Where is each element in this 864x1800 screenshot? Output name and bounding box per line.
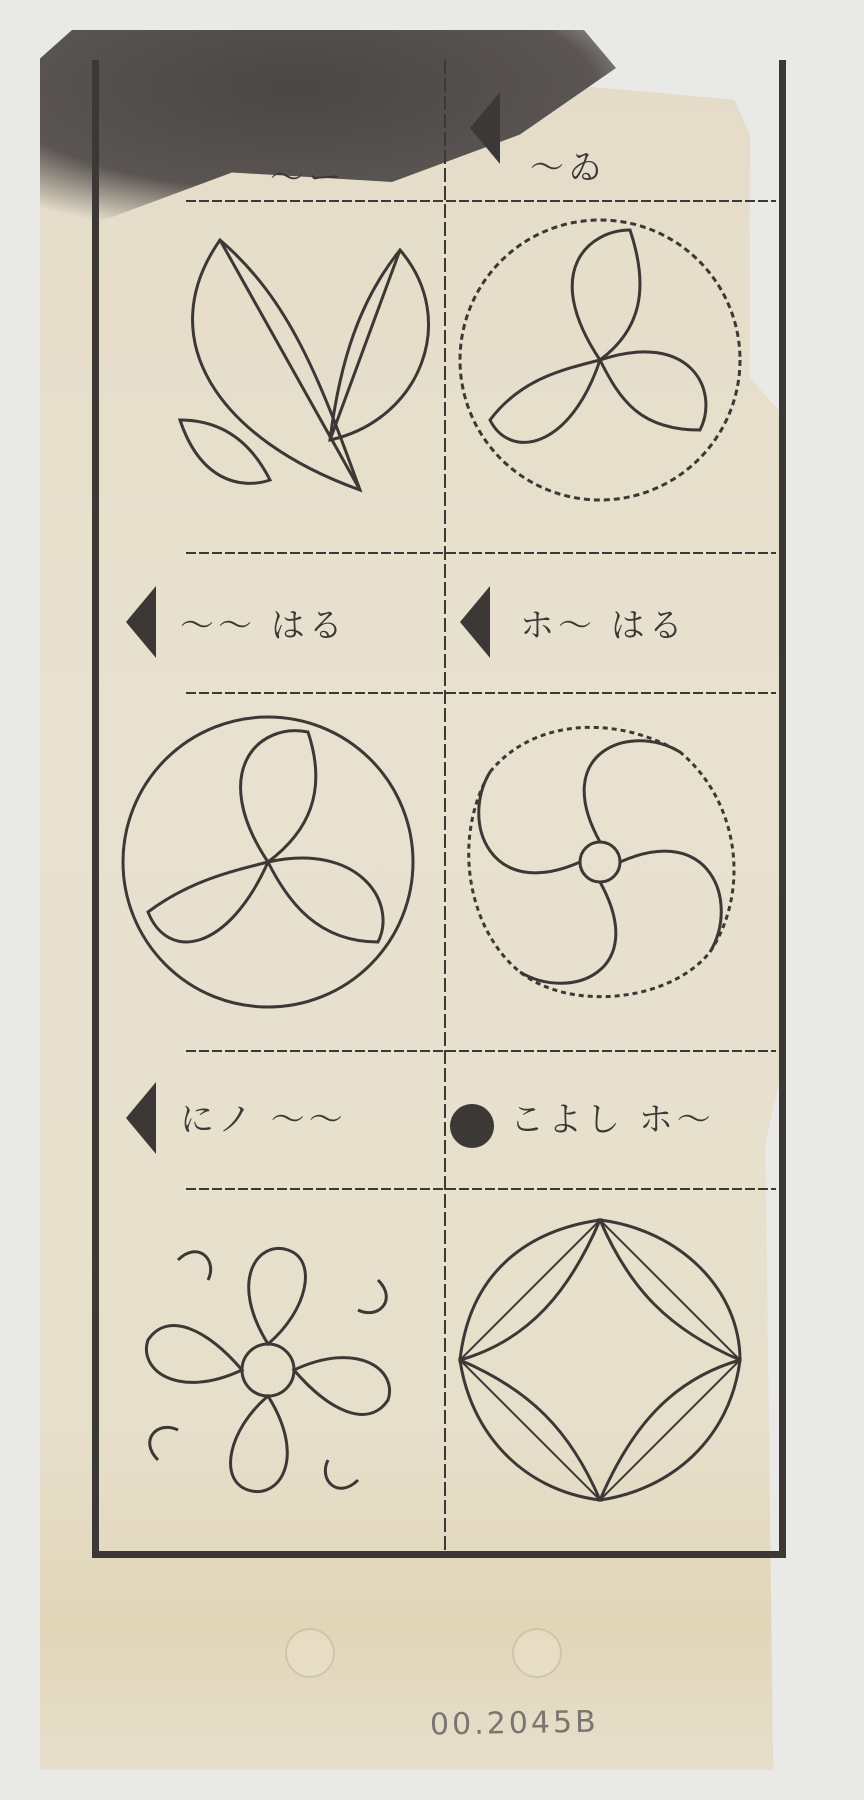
grid-line (186, 200, 776, 202)
swirl-leaf-crest (450, 712, 750, 1012)
three-leaf-circle-crest (118, 712, 418, 1012)
four-leaf-ring-crest (450, 1210, 750, 1510)
triangle-marker (460, 586, 490, 658)
label-text: こよし ホ〜 (510, 1092, 715, 1141)
three-leaf-circle-crest (450, 210, 750, 510)
flower-crest (118, 1220, 418, 1520)
triangle-marker (470, 92, 500, 164)
catalog-number: 00.2045B (430, 1705, 599, 1743)
label-text: ホ〜 はる (520, 598, 687, 647)
grid-line (186, 1050, 776, 1052)
emboss-mark (285, 1628, 335, 1678)
label-text: にノ 〜〜 (180, 1092, 347, 1141)
triangle-marker (126, 1082, 156, 1154)
grid-line (186, 1188, 776, 1190)
label-text: 〜ー (270, 150, 346, 199)
label-text: 〜ゐ (530, 140, 606, 189)
dot-marker (450, 1104, 494, 1148)
grid-line (186, 692, 776, 694)
triangle-marker (126, 586, 156, 658)
grid-line (186, 552, 776, 554)
paired-leaves-crest (160, 220, 460, 520)
emboss-mark (512, 1628, 562, 1678)
label-text: 〜〜 はる (180, 598, 347, 647)
